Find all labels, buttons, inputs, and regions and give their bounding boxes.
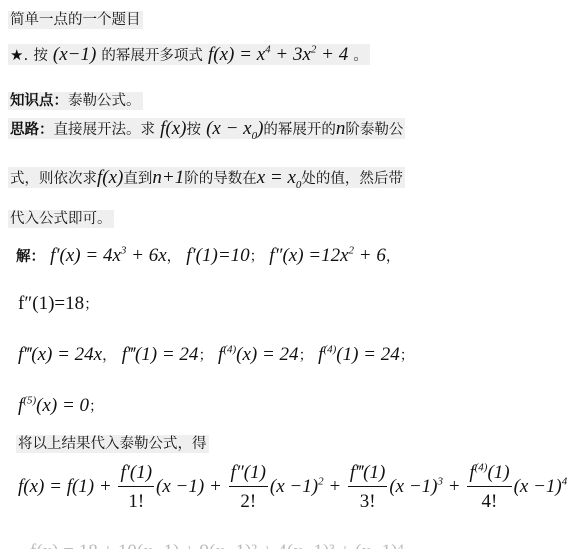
title-line: 简单一点的一个题目 <box>8 8 143 29</box>
star-icon: ★. <box>10 46 28 64</box>
function-formula: f(x) = x4 + 3x2 + 4 <box>208 44 348 65</box>
approach-line-1: 思路：直接展开法。求 f(x)按 (x − x0)的幂展开的n阶泰勒公 <box>8 118 405 140</box>
problem-middle: 的幂展开多项式 <box>101 48 203 64</box>
approach-line-2: 式，则依次求f(x)直到n+1阶的导数在x = x0处的值，然后带 <box>8 167 405 189</box>
problem-line: ★. 按 (x−1) 的幂展开多项式 f(x) = x4 + 3x2 + 4 。 <box>8 44 370 66</box>
knowledge-text: 泰勒公式。 <box>68 93 141 109</box>
solution-line-4: f(5)(x) = 0； <box>18 395 104 417</box>
approach-line-3: 代入公式即可。 <box>8 207 114 228</box>
problem-highlight: ★. 按 (x−1) 的幂展开多项式 f(x) = x4 + 3x2 + 4 。 <box>8 44 370 65</box>
taylor-formula: f(x) = f(1) + f′(1)1!(x −1) + f″(1)2!(x … <box>18 462 567 513</box>
taylor-term-4: f(4)(1)4! <box>467 462 511 513</box>
solution-line-1: 解： f′(x) = 4x3 + 6x， f′(1)=10； f″(x) =12… <box>16 245 400 267</box>
taylor-term-3: f‴(1)3! <box>348 462 387 513</box>
solution-label: 解： <box>16 249 45 265</box>
solution-line-5: 将以上结果代入泰勒公式，得 <box>16 432 209 453</box>
approach-label: 思路： <box>10 122 54 138</box>
knowledge-label: 知识点： <box>10 93 68 109</box>
problem-end: 。 <box>353 48 368 64</box>
solution-line-2: f″(1)=18； <box>18 293 99 315</box>
problem-prefix: 按 <box>33 48 48 64</box>
expand-about: (x−1) <box>53 44 96 65</box>
cutoff-formula: f(x) = 18 + 10(x−1) + 9(x−1)² + 4(x−1)³ … <box>30 541 404 549</box>
title-text: 简单一点的一个题目 <box>8 11 143 29</box>
taylor-term-1: f′(1)1! <box>118 462 154 513</box>
taylor-lhs: f(x) = f(1) + <box>18 476 112 497</box>
knowledge-line: 知识点：泰勒公式。 <box>8 89 143 110</box>
taylor-term-2: f″(1)2! <box>229 462 268 513</box>
solution-line-3: f‴(x) = 24x， f‴(1) = 24； f(4)(x) = 24； f… <box>18 344 414 366</box>
